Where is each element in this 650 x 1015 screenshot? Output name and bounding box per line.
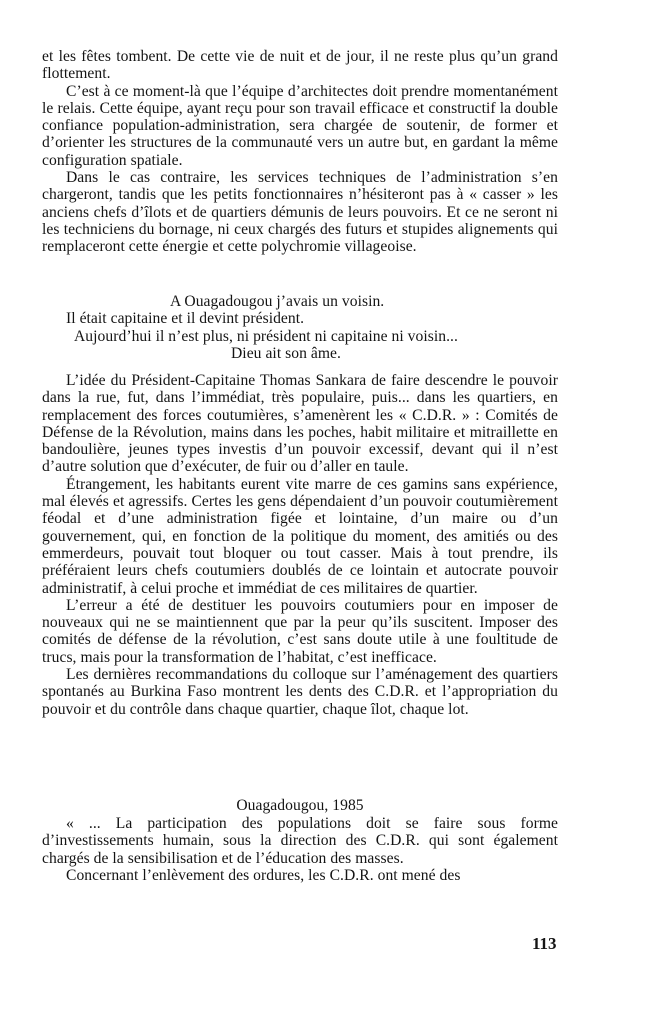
paragraph-contrary-case: Dans le cas contraire, les services tech… bbox=[42, 169, 558, 255]
paragraph-garbage-removal: Concernant l’enlèvement des ordures, les… bbox=[42, 867, 558, 884]
poem-line: Il était capitaine et il devint présiden… bbox=[42, 310, 558, 327]
text-block-cdr: L’idée du Président-Capitaine Thomas San… bbox=[42, 372, 558, 718]
book-page: et les fêtes tombent. De cette vie de nu… bbox=[0, 0, 650, 1015]
dateline: Ouagadougou, 1985 bbox=[42, 797, 558, 814]
paragraph-recommendations: Les dernières recommandations du colloqu… bbox=[42, 666, 558, 718]
poem-line: A Ouagadougou j’avais un voisin. bbox=[42, 293, 558, 310]
paragraph-sankara-idea: L’idée du Président-Capitaine Thomas San… bbox=[42, 372, 558, 476]
paragraph-error: L’erreur a été de destituer les pouvoirs… bbox=[42, 597, 558, 666]
paragraph-architects-team: C’est à ce moment-là que l’équipe d’arch… bbox=[42, 83, 558, 169]
page-number: 113 bbox=[532, 934, 557, 954]
poem-line: Dieu ait son âme. bbox=[42, 345, 558, 362]
text-block-quote: « ... La participation des populations d… bbox=[42, 815, 558, 884]
poem-line: Aujourd’hui il n’est plus, ni président … bbox=[42, 328, 558, 345]
dateline-text: Ouagadougou, 1985 bbox=[42, 797, 558, 814]
paragraph-inhabitants: Étrangement, les habitants eurent vite m… bbox=[42, 476, 558, 597]
paragraph-continuation: et les fêtes tombent. De cette vie de nu… bbox=[42, 48, 558, 83]
paragraph-participation-quote: « ... La participation des populations d… bbox=[42, 815, 558, 867]
poem-epigraph: A Ouagadougou j’avais un voisin. Il étai… bbox=[42, 293, 558, 362]
text-block-opening: et les fêtes tombent. De cette vie de nu… bbox=[42, 48, 558, 256]
